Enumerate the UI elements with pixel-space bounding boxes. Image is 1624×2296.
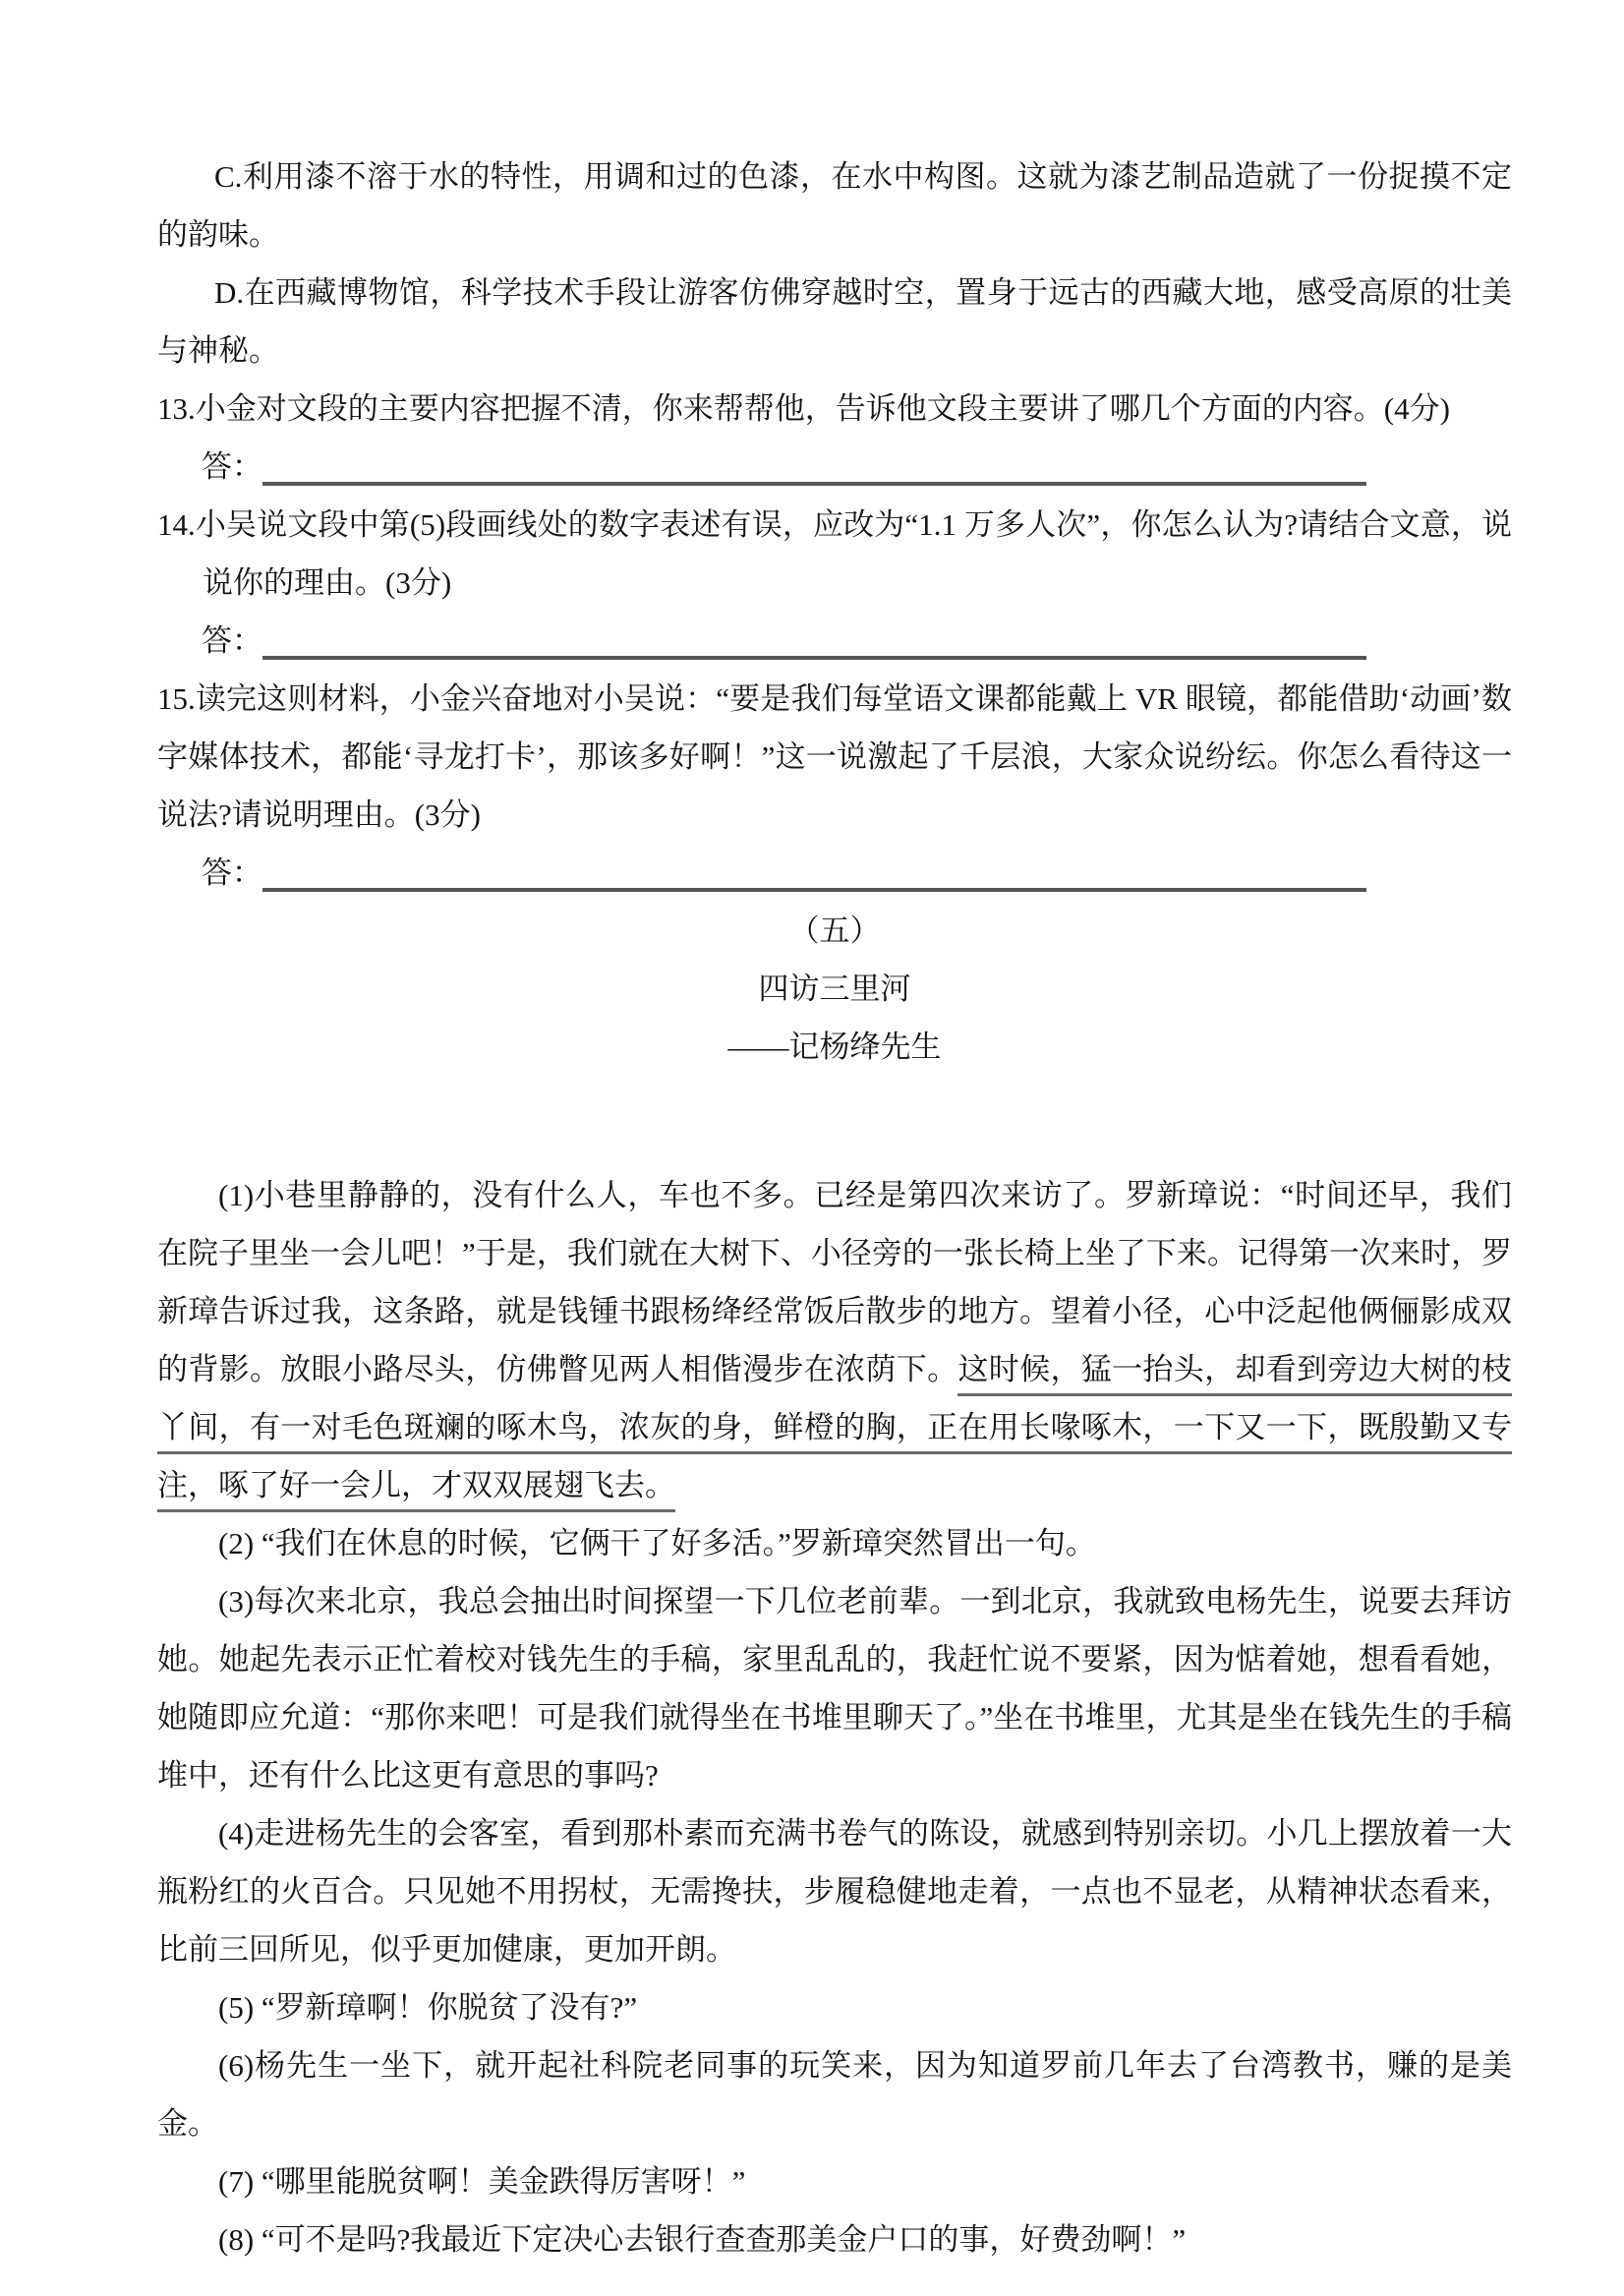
passage-paragraph-5: (5) “罗新璋啊！你脱贫了没有?” xyxy=(157,1978,1512,2036)
paragraph-5-text: (5) “罗新璋啊！你脱贫了没有?” xyxy=(218,1990,637,2025)
paragraph-2-text: (2) “我们在休息的时候，它俩干了好多活。”罗新璋突然冒出一句。 xyxy=(218,1526,1096,1560)
answer-label: 答： xyxy=(202,844,262,902)
option-d: D.在西藏博物馆，科学技术手段让游客仿佛穿越时空，置身于远古的西藏大地，感受高原… xyxy=(157,264,1512,380)
answer-blank-line xyxy=(262,887,1366,892)
section-title: 四访三里河 xyxy=(157,960,1512,1018)
answer-row-13: 答： xyxy=(157,438,1512,496)
question-13: 13.小金对文段的主要内容把握不清，你来帮帮他，告诉他文段主要讲了哪几个方面的内… xyxy=(157,380,1512,438)
option-c-text: 利用漆不溶于水的特性，用调和过的色漆，在水中构图。这就为漆艺制品造就了一份捉摸不… xyxy=(157,159,1512,252)
paragraph-8-text: (8) “可不是吗?我最近下定决心去银行查查那美金户口的事，好费劲啊！” xyxy=(218,2222,1186,2257)
question-15: 15.读完这则材料，小金兴奋地对小吴说：“要是我们每堂语文课都能戴上 VR 眼镜… xyxy=(157,670,1512,844)
section-subtitle: ——记杨绛先生 xyxy=(157,1018,1512,1076)
answer-blank-line xyxy=(262,481,1366,486)
answer-blank-line xyxy=(262,655,1366,660)
paragraph-3-text: (3)每次来北京，我总会抽出时间探望一下几位老前辈。一到北京，我就致电杨先生，说… xyxy=(157,1584,1512,1793)
passage-paragraph-8: (8) “可不是吗?我最近下定决心去银行查查那美金户口的事，好费劲啊！” xyxy=(157,2210,1512,2268)
exam-page: C.利用漆不溶于水的特性，用调和过的色漆，在水中构图。这就为漆艺制品造就了一份捉… xyxy=(0,0,1624,2296)
passage-paragraph-3: (3)每次来北京，我总会抽出时间探望一下几位老前辈。一到北京，我就致电杨先生，说… xyxy=(157,1572,1512,1804)
option-d-label: D. xyxy=(214,275,244,310)
answer-row-14: 答： xyxy=(157,612,1512,670)
question-14: 14.小吴说文段中第(5)段画线处的数字表述有误，应改为“1.1 万多人次”，你… xyxy=(157,496,1512,612)
question-14-text: 小吴说文段中第(5)段画线处的数字表述有误，应改为“1.1 万多人次”，你怎么认… xyxy=(196,507,1512,600)
passage-paragraph-6: (6)杨先生一坐下，就开起社科院老同事的玩笑来，因为知道罗前几年去了台湾教书，赚… xyxy=(157,2036,1512,2152)
passage-paragraph-7: (7) “哪里能脱贫啊！美金跌得厉害呀！” xyxy=(157,2152,1512,2210)
option-c-label: C. xyxy=(214,159,242,194)
passage-paragraph-4: (4)走进杨先生的会客室，看到那朴素而充满书卷气的陈设，就感到特别亲切。小几上摆… xyxy=(157,1804,1512,1978)
paragraph-7-text: (7) “哪里能脱贫啊！美金跌得厉害呀！” xyxy=(218,2164,745,2199)
option-c: C.利用漆不溶于水的特性，用调和过的色漆，在水中构图。这就为漆艺制品造就了一份捉… xyxy=(157,147,1512,264)
question-15-text: 读完这则材料，小金兴奋地对小吴说：“要是我们每堂语文课都能戴上 VR 眼镜，都能… xyxy=(157,681,1512,832)
paragraph-6-text: (6)杨先生一坐下，就开起社科院老同事的玩笑来，因为知道罗前几年去了台湾教书，赚… xyxy=(157,2048,1512,2141)
option-d-text: 在西藏博物馆，科学技术手段让游客仿佛穿越时空，置身于远古的西藏大地，感受高原的壮… xyxy=(157,275,1512,368)
answer-row-15: 答： xyxy=(157,844,1512,902)
question-13-text: 小金对文段的主要内容把握不清，你来帮帮他，告诉他文段主要讲了哪几个方面的内容。(… xyxy=(196,391,1450,426)
question-15-number: 15. xyxy=(157,681,196,716)
passage-paragraph-2: (2) “我们在休息的时候，它俩干了好多活。”罗新璋突然冒出一句。 xyxy=(157,1514,1512,1572)
section-number: （五） xyxy=(157,902,1512,960)
answer-label: 答： xyxy=(202,612,262,670)
page-content: C.利用漆不溶于水的特性，用调和过的色漆，在水中构图。这就为漆艺制品造就了一份捉… xyxy=(157,147,1512,2268)
answer-label: 答： xyxy=(202,438,262,496)
paragraph-4-text: (4)走进杨先生的会客室，看到那朴素而充满书卷气的陈设，就感到特别亲切。小几上摆… xyxy=(157,1816,1512,1967)
passage-paragraph-1: (1)小巷里静静的，没有什么人，车也不多。已经是第四次来访了。罗新璋说：“时间还… xyxy=(157,1166,1512,1514)
question-14-number: 14. xyxy=(157,507,196,542)
question-13-number: 13. xyxy=(157,391,196,426)
